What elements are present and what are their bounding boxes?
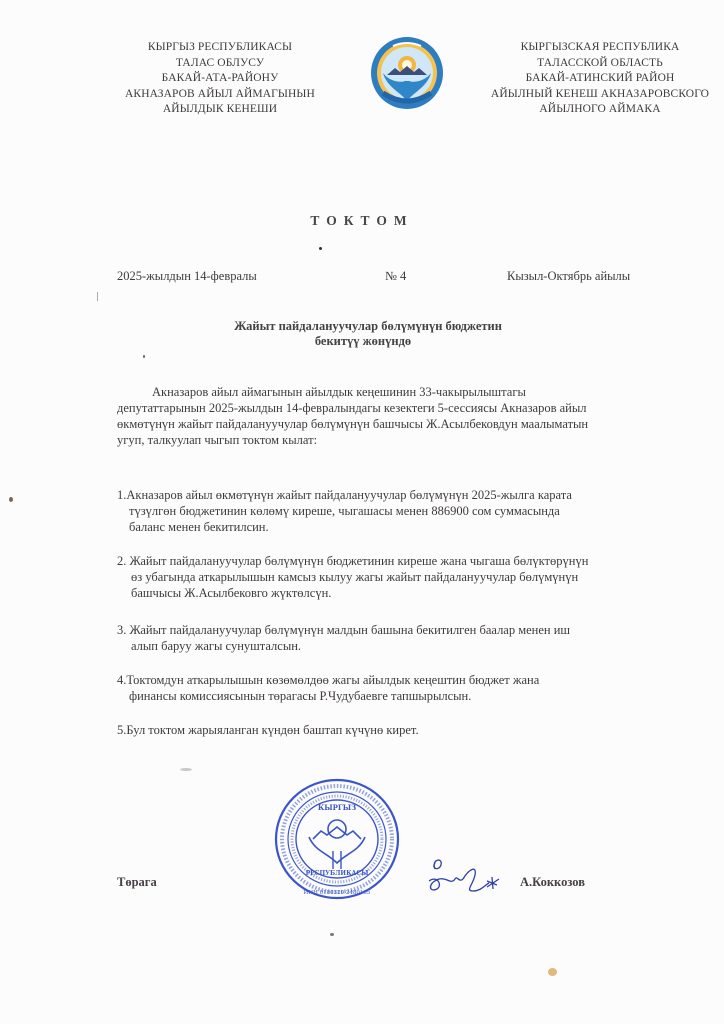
header-left-block: КЫРГЫЗ РЕСПУБЛИКАСЫ ТАЛАС ОБЛУСУ БАКАЙ-А… bbox=[100, 40, 340, 118]
preamble-line: угуп, талкуулап чыгып токтом кылат: bbox=[117, 432, 588, 448]
header-right-line: АЙЫЛНЫЙ КЕНЕШ АКНАЗАРОВСКОГО bbox=[480, 87, 720, 103]
scan-speck bbox=[330, 933, 334, 936]
signatory-role: Төрага bbox=[117, 875, 157, 890]
item-line: өз убагында аткарылышын камсыз кылуу жаг… bbox=[117, 569, 588, 585]
preamble-line: өкмөтүнүн жайыт пайдалануучулар бөлүмүнү… bbox=[117, 416, 588, 432]
header-left-line: КЫРГЫЗ РЕСПУБЛИКАСЫ bbox=[100, 40, 340, 56]
document-date: 2025-жылдын 14-февралы bbox=[117, 269, 257, 284]
resolution-item-5: 5.Бул токтом жарыяланган күндөн баштап к… bbox=[117, 722, 419, 738]
scan-speck bbox=[97, 292, 98, 301]
header-left-line: АЙЫЛДЫК КЕНЕШИ bbox=[100, 102, 340, 118]
item-line: алып баруу жагы сунушталсын. bbox=[117, 638, 570, 654]
svg-text:КЫРГЫЗ: КЫРГЫЗ bbox=[318, 803, 356, 812]
item-line: 3. Жайыт пайдалануучулар бөлүмүнүн малды… bbox=[117, 622, 570, 638]
scan-speck bbox=[548, 968, 557, 976]
svg-text:РЕСПУБЛИКАСЫ: РЕСПУБЛИКАСЫ bbox=[306, 870, 369, 877]
item-line: түзүлгөн бюджетинин көлөмү киреше, чыгаш… bbox=[117, 503, 572, 519]
document-place: Кызыл-Октябрь айылы bbox=[507, 269, 630, 284]
scan-speck bbox=[319, 247, 322, 250]
header-right-line: ТАЛАССКОЙ ОБЛАСТЬ bbox=[480, 56, 720, 72]
document-subject: Жайыт пайдалануучулар бөлүмүнүн бюджетин… bbox=[0, 319, 724, 349]
preamble-line: депутаттарынын 2025-жылдын 14-февралында… bbox=[117, 400, 588, 416]
official-round-seal-icon: КЫРГЫЗ РЕСПУБЛИКАСЫ ИНН 0180320 2480135 bbox=[273, 777, 401, 901]
header-right-line: БАКАЙ-АТИНСКИЙ РАЙОН bbox=[480, 71, 720, 87]
item-line: 2. Жайыт пайдалануучулар бөлүмүнүн бюдже… bbox=[117, 553, 588, 569]
scan-speck bbox=[143, 355, 145, 358]
scan-speck bbox=[9, 497, 13, 502]
item-line: 5.Бул токтом жарыяланган күндөн баштап к… bbox=[117, 722, 419, 738]
resolution-item-2: 2. Жайыт пайдалануучулар бөлүмүнүн бюдже… bbox=[117, 553, 588, 601]
document-number: № 4 bbox=[385, 269, 406, 284]
handwritten-signature-icon bbox=[425, 855, 515, 897]
subject-line: Жайыт пайдалануучулар бөлүмүнүн бюджетин bbox=[0, 319, 724, 334]
header-left-line: ТАЛАС ОБЛУСУ bbox=[100, 56, 340, 72]
subject-line: бекитүү жөнүндө bbox=[0, 334, 724, 349]
header-left-line: БАКАЙ-АТА-РАЙОНУ bbox=[100, 71, 340, 87]
svg-text:ИНН 0180320 2480135: ИНН 0180320 2480135 bbox=[304, 890, 371, 896]
resolution-item-4: 4.Токтомдун аткарылышын көзөмөлдөө жагы … bbox=[117, 672, 539, 704]
header-right-line: АЙЫЛНОГО АЙМАКА bbox=[480, 102, 720, 118]
item-line: 1.Акназаров айыл өкмөтүнүн жайыт пайдала… bbox=[117, 487, 572, 503]
scan-speck bbox=[180, 768, 192, 771]
document-title: ТОКТОМ bbox=[0, 213, 724, 229]
item-line: баланс менен бекитилсин. bbox=[117, 519, 572, 535]
item-line: финансы комиссиясынын төрагасы Р.Чудубае… bbox=[117, 688, 539, 704]
signatory-name: А.Коккозов bbox=[520, 875, 585, 890]
kyrgyz-state-emblem-icon bbox=[369, 35, 445, 111]
item-line: 4.Токтомдун аткарылышын көзөмөлдөө жагы … bbox=[117, 672, 539, 688]
resolution-item-1: 1.Акназаров айыл өкмөтүнүн жайыт пайдала… bbox=[117, 487, 572, 535]
preamble-line: Акназаров айыл аймагынын айылдык кеңешин… bbox=[117, 384, 588, 400]
resolution-item-3: 3. Жайыт пайдалануучулар бөлүмүнүн малды… bbox=[117, 622, 570, 654]
header-right-line: КЫРГЫЗСКАЯ РЕСПУБЛИКА bbox=[480, 40, 720, 56]
preamble: Акназаров айыл аймагынын айылдык кеңешин… bbox=[117, 384, 588, 448]
header-right-block: КЫРГЫЗСКАЯ РЕСПУБЛИКА ТАЛАССКОЙ ОБЛАСТЬ … bbox=[480, 40, 720, 118]
header-left-line: АКНАЗАРОВ АЙЫЛ АЙМАГЫНЫН bbox=[100, 87, 340, 103]
item-line: башчысы Ж.Асылбековго жүктөлсүн. bbox=[117, 585, 588, 601]
